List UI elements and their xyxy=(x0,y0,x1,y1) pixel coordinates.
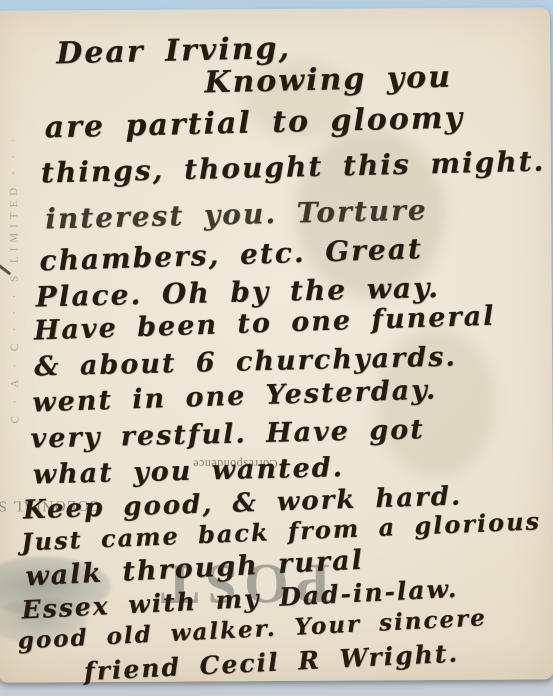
photo-background: C · A · C · · · S LIMITED · · · Correspo… xyxy=(0,0,553,696)
handwritten-line: very restful. Have got xyxy=(30,414,425,454)
handwritten-line: things, thought this might. xyxy=(41,145,546,190)
edge-printer-credit: C · A · C · · · S LIMITED · · · xyxy=(7,79,21,424)
handwritten-line: interest you. Torture xyxy=(45,193,428,235)
handwritten-line: chambers, etc. Great xyxy=(39,232,423,277)
handwritten-line: what you wanted. xyxy=(32,452,344,490)
handwritten-line: Knowing you xyxy=(204,60,452,101)
handwritten-line: are partial to gloomy xyxy=(44,101,464,146)
postcard: C · A · C · · · S LIMITED · · · Correspo… xyxy=(0,7,553,682)
